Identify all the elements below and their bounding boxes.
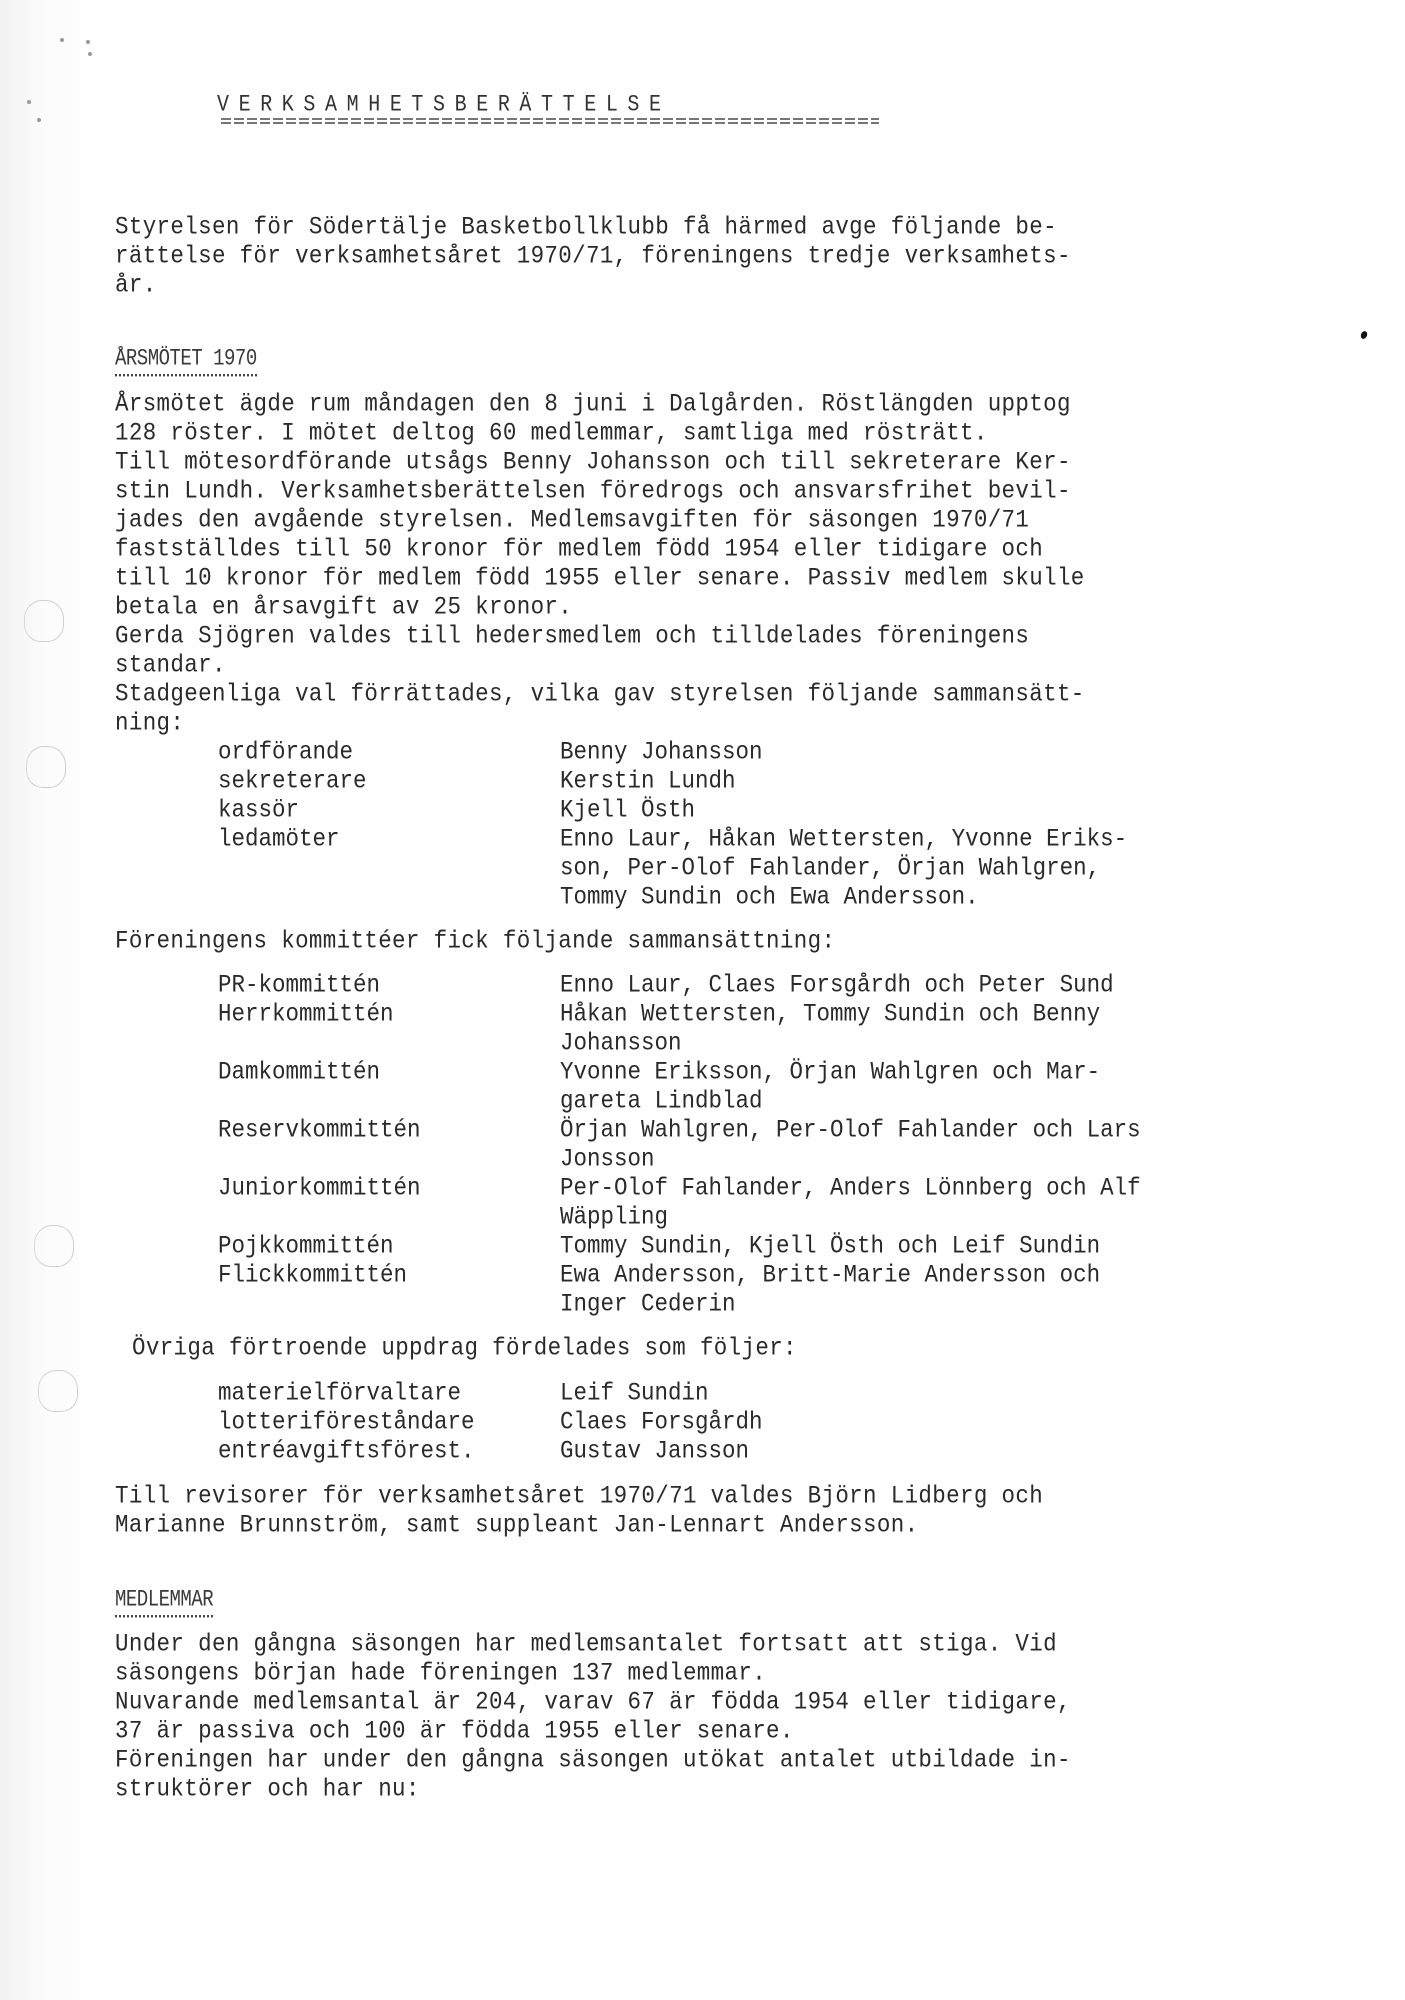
board-role: ordförande (218, 736, 353, 767)
paragraph-line: 37 är passiva och 100 är födda 1955 elle… (115, 1715, 794, 1746)
paragraph-line: jades den avgående styrelsen. Medlemsavg… (115, 504, 1029, 535)
paragraph-line: struktörer och har nu: (115, 1773, 420, 1804)
committee-members: Yvonne Eriksson, Örjan Wahlgren och Mar- (560, 1056, 1100, 1087)
paragraph-line: Nuvarande medlemsantal är 204, varav 67 … (115, 1686, 1071, 1717)
board-name: Benny Johansson (560, 736, 763, 767)
committee-members: Örjan Wahlgren, Per-Olof Fahlander och L… (560, 1114, 1141, 1145)
committee-members: Per-Olof Fahlander, Anders Lönnberg och … (560, 1172, 1141, 1203)
section-heading-medlemmar: MEDLEMMAR (115, 1585, 213, 1617)
other-roles-intro: Övriga förtroende uppdrag fördelades som… (132, 1332, 797, 1363)
board-role: sekreterare (218, 765, 367, 796)
committee-name: Juniorkommittén (218, 1172, 421, 1203)
other-role: lotteriföreståndare (218, 1406, 475, 1437)
board-name: Tommy Sundin och Ewa Andersson. (560, 881, 979, 912)
punch-hole (24, 600, 64, 642)
committee-name: Flickkommittén (218, 1259, 407, 1290)
committee-members: Tommy Sundin, Kjell Östh och Leif Sundin (560, 1230, 1100, 1261)
document-title: VERKSAMHETSBERÄTTELSE (217, 92, 671, 118)
committee-members: Jonsson (560, 1143, 655, 1174)
committee-members: gareta Lindblad (560, 1085, 763, 1116)
board-name: Kjell Östh (560, 794, 695, 825)
paragraph-line: Årsmötet ägde rum måndagen den 8 juni i … (115, 388, 1071, 419)
committee-name: Reservkommittén (218, 1114, 421, 1145)
paragraph-line: Till mötesordförande utsågs Benny Johans… (115, 446, 1071, 477)
punch-hole (38, 1370, 78, 1412)
board-role: kassör (218, 794, 299, 825)
punch-hole (34, 1225, 74, 1267)
paragraph-line: Gerda Sjögren valdes till hedersmedlem o… (115, 620, 1029, 651)
other-role-name: Leif Sundin (560, 1377, 709, 1408)
committee-members: Enno Laur, Claes Forsgårdh och Peter Sun… (560, 969, 1114, 1000)
paper-speck (88, 52, 92, 56)
committee-name: Damkommittén (218, 1056, 380, 1087)
paragraph-line: till 10 kronor för medlem född 1955 elle… (115, 562, 1085, 593)
board-name: son, Per-Olof Fahlander, Örjan Wahlgren, (560, 852, 1100, 883)
section-heading-arsmotet: ÅRSMÖTET 1970 (115, 344, 257, 376)
intro-line: rättelse för verksamhetsåret 1970/71, fö… (115, 240, 1071, 271)
ink-dot (1360, 330, 1369, 340)
board-name: Kerstin Lundh (560, 765, 736, 796)
paper-speck (86, 40, 90, 44)
paragraph-line: säsongens början hade föreningen 137 med… (115, 1657, 766, 1688)
punch-hole (26, 746, 66, 788)
paragraph-line: 128 röster. I mötet deltog 60 medlemmar,… (115, 417, 988, 448)
other-role-name: Claes Forsgårdh (560, 1406, 763, 1437)
paragraph-line: Under den gångna säsongen har medlemsant… (115, 1628, 1057, 1659)
committee-members: Håkan Wettersten, Tommy Sundin och Benny (560, 998, 1100, 1029)
paragraph-line: fastställdes till 50 kronor för medlem f… (115, 533, 1043, 564)
scanned-page: VERKSAMHETSBERÄTTELSE Styrelsen för Söde… (0, 0, 1405, 2000)
other-role: materielförvaltare (218, 1377, 461, 1408)
board-name: Enno Laur, Håkan Wettersten, Yvonne Erik… (560, 823, 1127, 854)
committee-name: Pojkkommittén (218, 1230, 394, 1261)
paragraph-line: ning: (115, 707, 184, 738)
paper-speck (27, 100, 31, 104)
paper-speck (60, 38, 64, 42)
committee-name: PR-kommittén (218, 969, 380, 1000)
committee-members: Wäppling (560, 1201, 668, 1232)
paragraph-line: betala en årsavgift av 25 kronor. (115, 591, 572, 622)
intro-line: år. (115, 269, 157, 300)
other-role: entréavgiftsförest. (218, 1435, 475, 1466)
other-role-name: Gustav Jansson (560, 1435, 749, 1466)
board-role: ledamöter (218, 823, 340, 854)
paragraph-line: stin Lundh. Verksamhetsberättelsen föred… (115, 475, 1071, 506)
paragraph-line: Stadgeenliga val förrättades, vilka gav … (115, 678, 1085, 709)
committee-name: Herrkommittén (218, 998, 394, 1029)
auditors-line: Marianne Brunnström, samt suppleant Jan-… (115, 1509, 918, 1540)
paragraph-line: standar. (115, 649, 226, 680)
title-double-underline (221, 118, 879, 125)
paper-speck (37, 118, 41, 122)
auditors-line: Till revisorer för verksamhetsåret 1970/… (115, 1480, 1043, 1511)
intro-line: Styrelsen för Södertälje Basketbollklubb… (115, 211, 1057, 242)
paragraph-line: Föreningen har under den gångna säsongen… (115, 1744, 1071, 1775)
committee-members: Ewa Andersson, Britt-Marie Andersson och (560, 1259, 1100, 1290)
committees-intro: Föreningens kommittéer fick följande sam… (115, 925, 835, 956)
committee-members: Johansson (560, 1027, 682, 1058)
committee-members: Inger Cederin (560, 1288, 736, 1319)
